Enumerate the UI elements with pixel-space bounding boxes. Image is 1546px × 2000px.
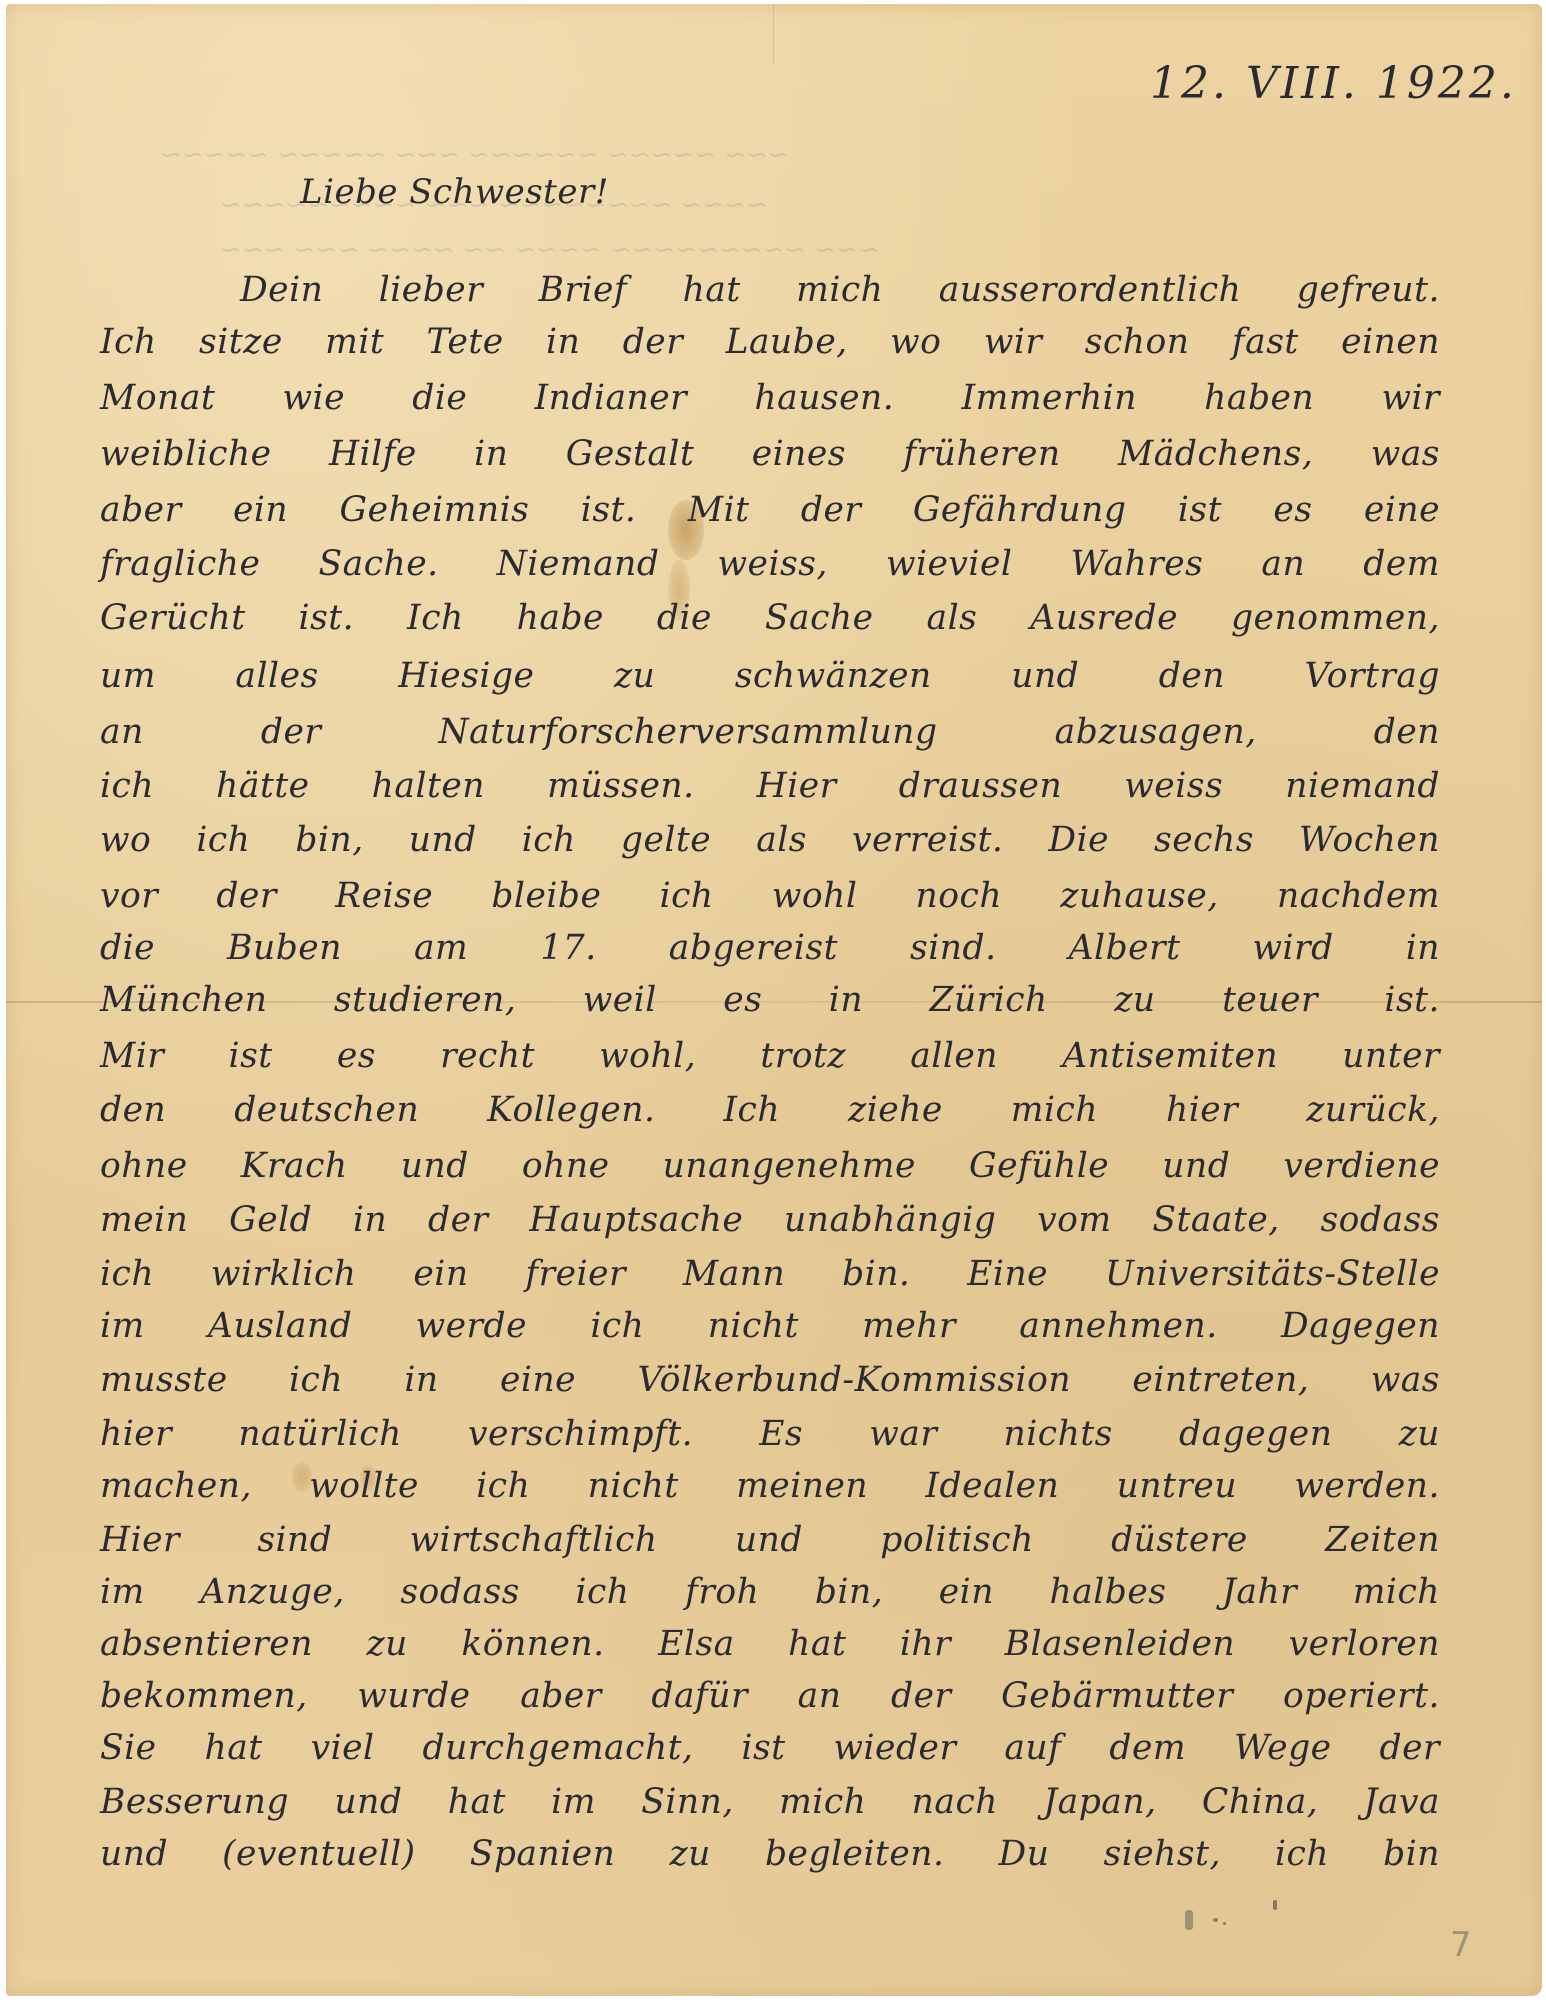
letter-line: ich hätte halten müssen. Hier draussen w…	[100, 766, 1440, 806]
letter-line: im Ausland werde ich nicht mehr annehmen…	[100, 1306, 1440, 1346]
letter-line: Sie hat viel durchgemacht, ist wieder au…	[100, 1728, 1440, 1768]
vertical-fold-crease	[773, 4, 774, 64]
letter-line: Monat wie die Indianer hausen. Immerhin …	[100, 378, 1440, 418]
letter-line: hier natürlich verschimpft. Es war nicht…	[100, 1414, 1440, 1454]
letter-line: weibliche Hilfe in Gestalt eines frühere…	[100, 434, 1440, 474]
letter-line: Ich sitze mit Tete in der Laube, wo wir …	[100, 322, 1440, 362]
letter-line: die Buben am 17. abgereist sind. Albert …	[100, 928, 1440, 968]
letter-line: an der Naturforscherversammlung abzusage…	[100, 712, 1440, 752]
letter-salutation: Liebe Schwester!	[300, 172, 609, 212]
letter-line: und (eventuell) Spanien zu begleiten. Du…	[100, 1834, 1440, 1874]
letter-line: ohne Krach und ohne unangenehme Gefühle …	[100, 1146, 1440, 1186]
letter-line: Besserung und hat im Sinn, mich nach Jap…	[100, 1782, 1440, 1822]
letter-line: ich wirklich ein freier Mann bin. Eine U…	[100, 1254, 1440, 1294]
letter-line: vor der Reise bleibe ich wohl noch zuhau…	[100, 876, 1440, 916]
ink-specks	[1175, 1900, 1295, 1950]
letter-line: absentieren zu können. Elsa hat ihr Blas…	[100, 1624, 1440, 1664]
letter-line: Dein lieber Brief hat mich ausserordentl…	[240, 270, 1440, 310]
letter-line: machen, wollte ich nicht meinen Idealen …	[100, 1466, 1440, 1506]
bleed-through-text: ~~~ ~~~~~ ~~~~~~ ~~~ ~~~~~ ~~~~~	[160, 140, 790, 170]
bleed-through-text: ~~~ ~~~~~~~~~ ~~~~ ~~ ~~~~ ~~~ ~~~	[220, 235, 880, 265]
letter-line: mein Geld in der Hauptsache unabhängig v…	[100, 1200, 1440, 1240]
letter-line: bekommen, wurde aber dafür an der Gebärm…	[100, 1676, 1440, 1716]
letter-line: fragliche Sache. Niemand weiss, wieviel …	[100, 544, 1440, 584]
letter-line: aber ein Geheimnis ist. Mit der Gefährdu…	[100, 490, 1440, 530]
letter-line: den deutschen Kollegen. Ich ziehe mich h…	[100, 1090, 1440, 1130]
letter-line: wo ich bin, und ich gelte als verreist. …	[100, 820, 1440, 860]
letter-line: Hier sind wirtschaftlich und politisch d…	[100, 1520, 1440, 1560]
letter-line: musste ich in eine Völkerbund-Kommission…	[100, 1360, 1440, 1400]
letter-date: 12. VIII. 1922.	[1150, 58, 1517, 109]
letter-line: im Anzuge, sodass ich froh bin, ein halb…	[100, 1572, 1440, 1612]
letter-line: um alles Hiesige zu schwänzen und den Vo…	[100, 656, 1440, 696]
page-number: 7	[1450, 1925, 1472, 1965]
letter-line: München studieren, weil es in Zürich zu …	[100, 980, 1440, 1020]
letter-line: Mir ist es recht wohl, trotz allen Antis…	[100, 1036, 1440, 1076]
letter-line: Gerücht ist. Ich habe die Sache als Ausr…	[100, 598, 1440, 638]
